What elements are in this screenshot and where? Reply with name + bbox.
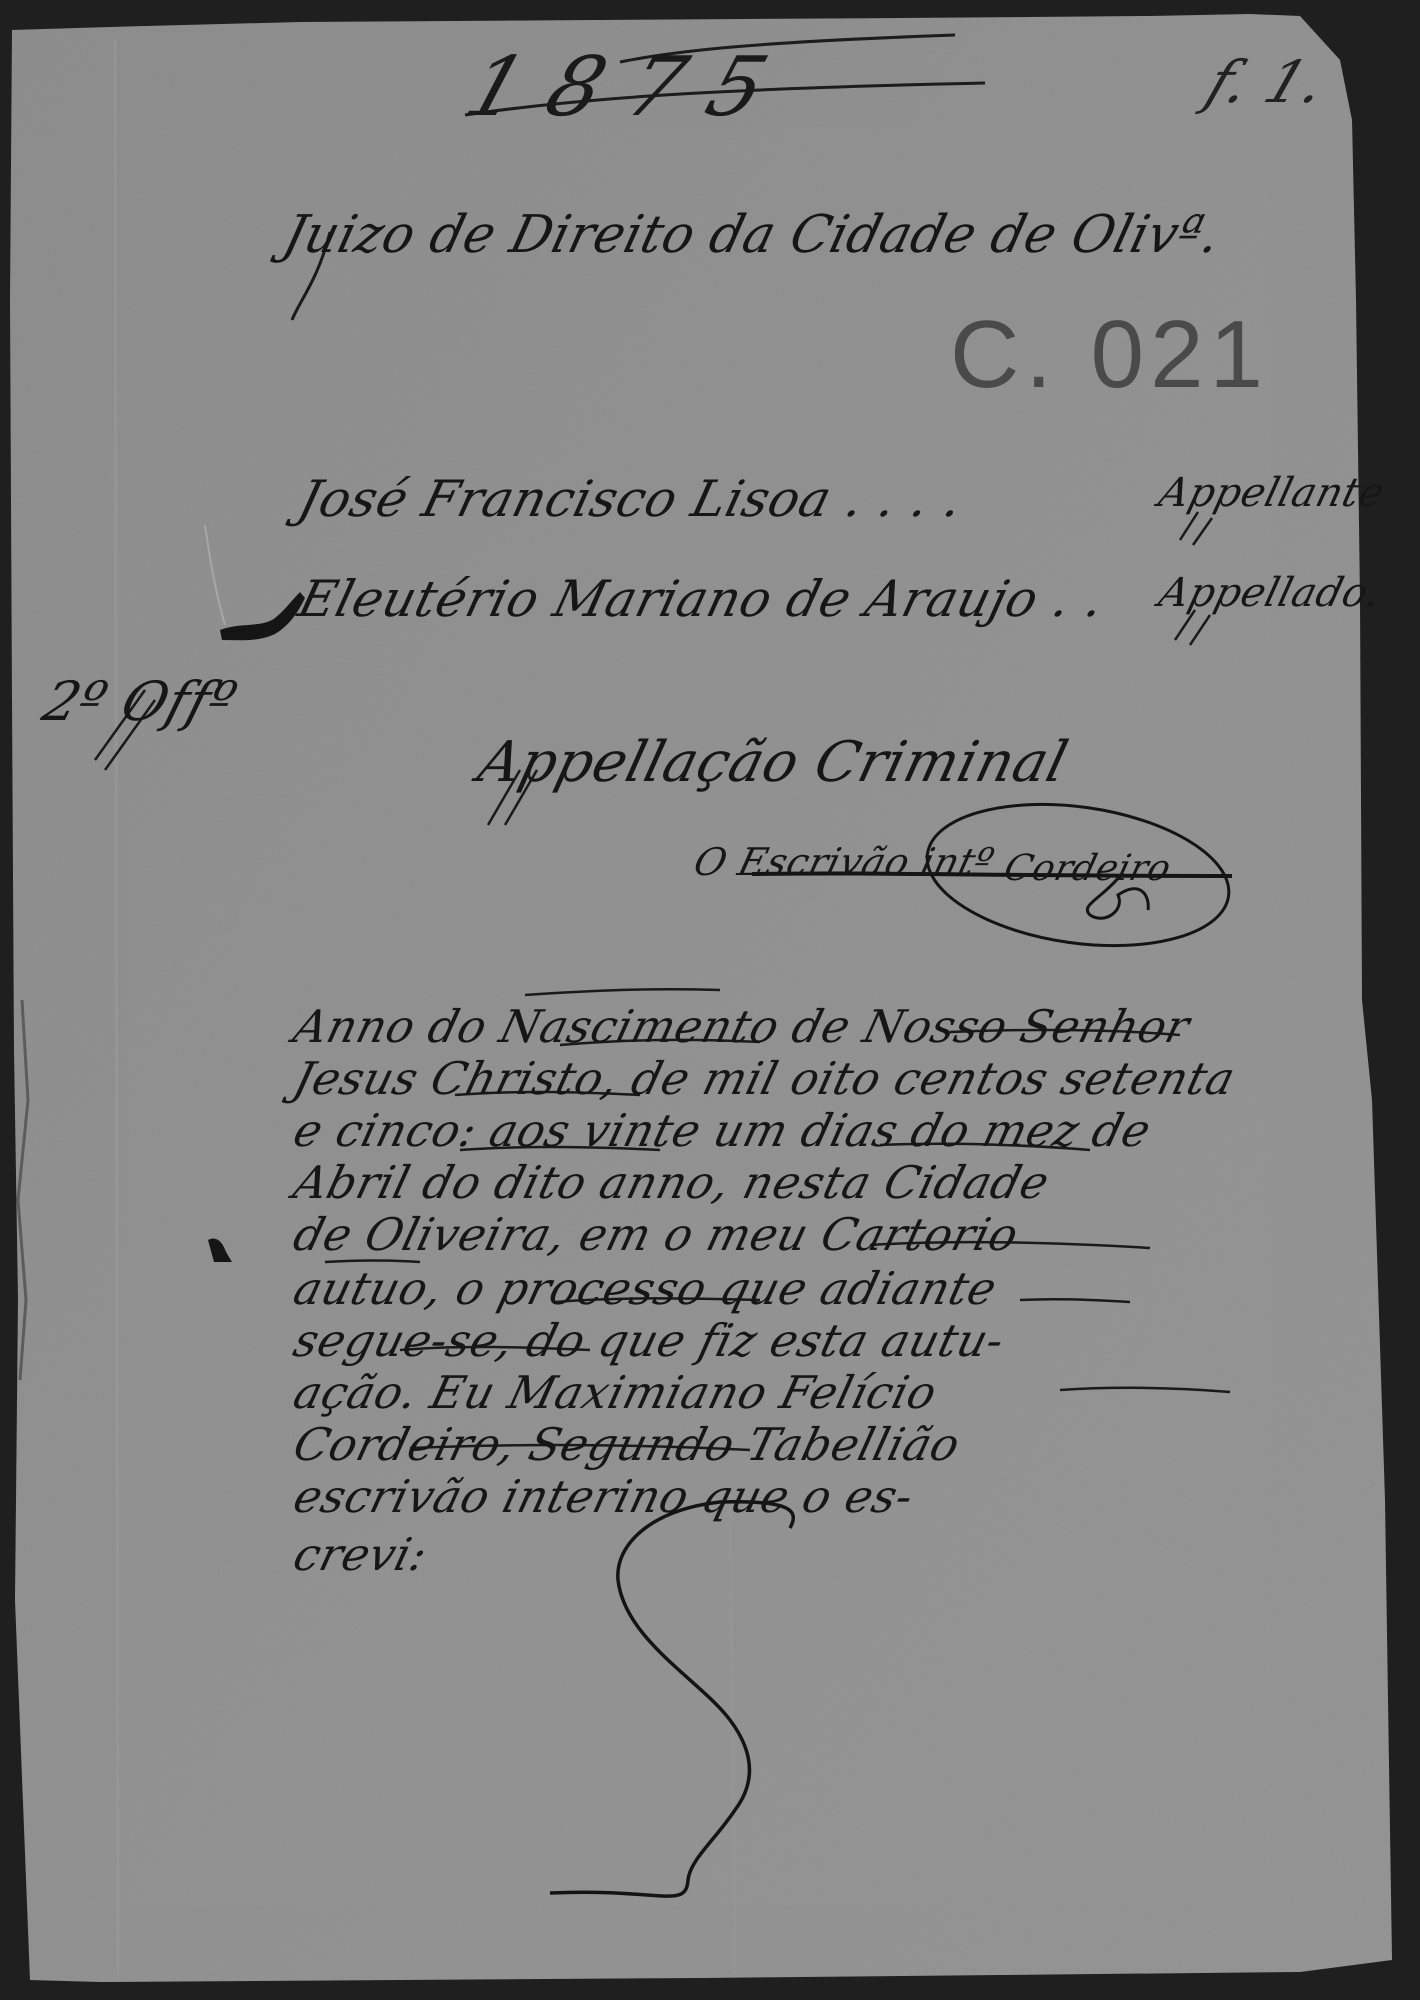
body-line: autuo, o processo que adiante xyxy=(288,1262,1002,1315)
body-line: e cinco: aos vinte um dias do mez de xyxy=(288,1104,1156,1157)
body-line: segue-se, do que fiz esta autu- xyxy=(288,1314,1009,1367)
body-line: ação. Eu Maximiano Felício xyxy=(288,1366,942,1419)
office-note: 2º Offº xyxy=(36,670,244,733)
appellant-name: José Francisco Lisoa . . . . xyxy=(293,470,969,528)
clerk-signature: Cordeiro xyxy=(1000,848,1175,889)
body-line: escrivão interino que o es- xyxy=(288,1470,919,1523)
court-heading: Juizo de Direito da Cidade de Olivª. xyxy=(278,205,1227,265)
case-title: Appellação Criminal xyxy=(472,730,1074,795)
body-line: Jesus Christo, de mil oito centos setent… xyxy=(288,1052,1240,1105)
body-line: Anno do Nascimento de Nosso Senhor xyxy=(288,1000,1195,1053)
appellee-name: Eleutério Mariano de Araujo . . xyxy=(293,570,1110,628)
document-year: 1875 xyxy=(455,40,807,135)
appellee-role: Appellado. xyxy=(1154,570,1385,616)
body-line: Cordeiro, Segundo Tabellião xyxy=(288,1418,965,1471)
clerk-label: O Escrivão intº xyxy=(690,840,999,884)
body-line: crevi: xyxy=(288,1528,433,1581)
appellant-role: Appellante xyxy=(1154,470,1389,516)
body-line: Abril do dito anno, nesta Cidade xyxy=(288,1156,1054,1209)
archive-code-stamp: C. 021 xyxy=(950,300,1269,410)
body-line: de Oliveira, em o meu Cartorio xyxy=(288,1208,1024,1261)
